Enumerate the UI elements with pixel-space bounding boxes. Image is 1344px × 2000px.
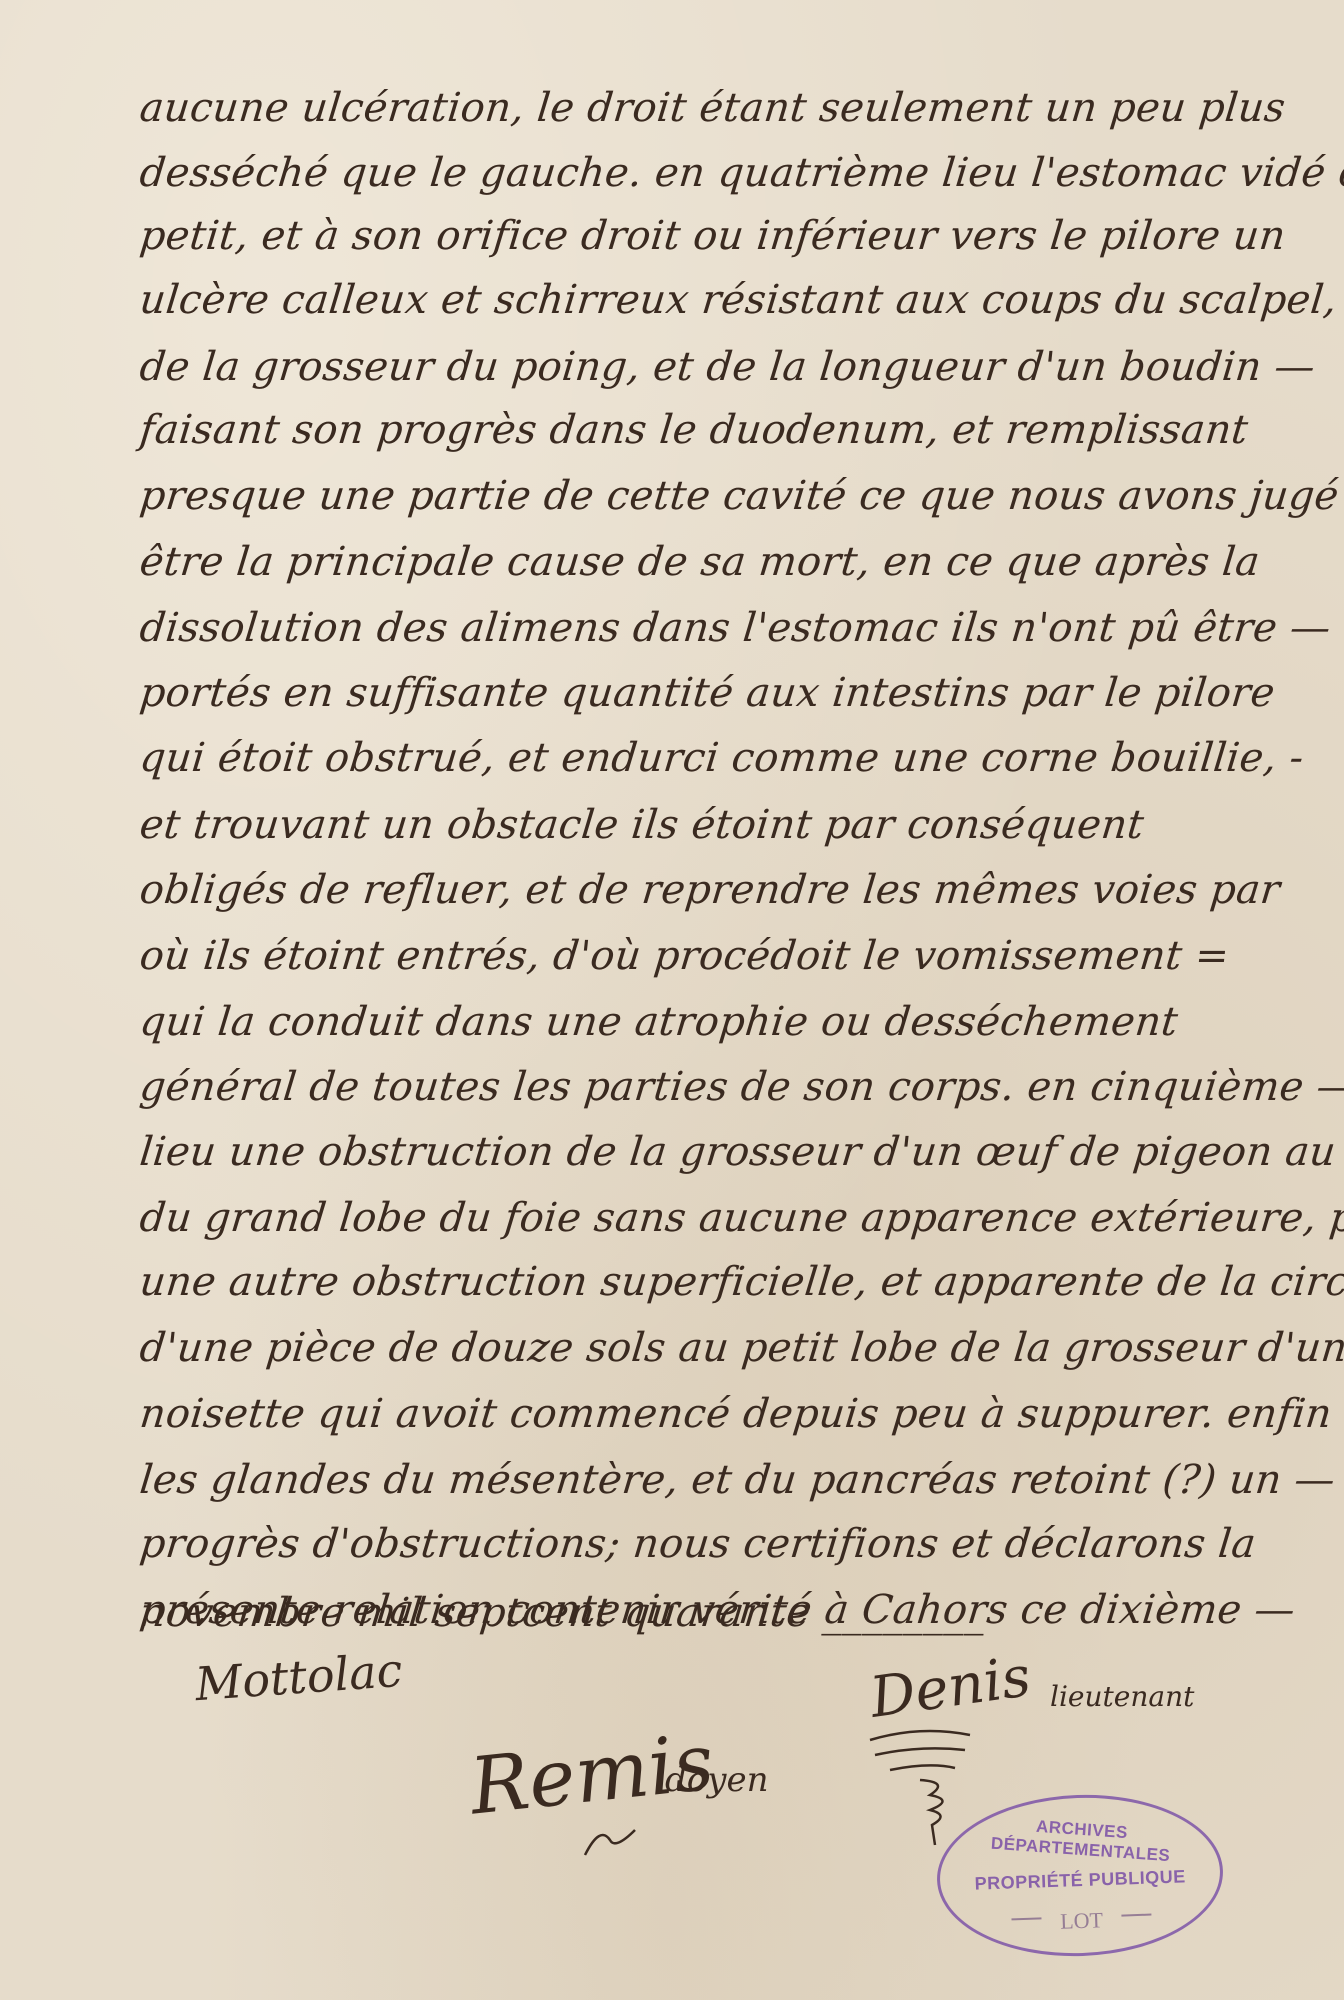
- archive-stamp: ARCHIVES DÉPARTEMENTALES PROPRIÉTÉ PUBLI…: [934, 1790, 1225, 1961]
- text-line: les glandes du mésentère, et du pancréas…: [137, 1450, 1223, 1510]
- stamp-line-3: LOT: [941, 1903, 1222, 1939]
- text-line: du grand lobe du foie sans aucune appare…: [137, 1188, 1223, 1248]
- text-line: général de toutes les parties de son cor…: [137, 1057, 1223, 1117]
- text-line: petit, et à son orifice droit ou inférie…: [137, 206, 1223, 266]
- text-line: progrès d'obstructions; nous certifions …: [137, 1514, 1223, 1574]
- signature-mottolac: Mottolac: [193, 1643, 404, 1711]
- text-line: dissolution des alimens dans l'estomac i…: [137, 598, 1223, 658]
- text-line: lieu une obstruction de la grosseur d'un…: [137, 1122, 1223, 1182]
- signature-denis: Denis: [866, 1644, 1034, 1731]
- stamp-line-1: ARCHIVES DÉPARTEMENTALES: [958, 1811, 1205, 1868]
- text-line: ulcère calleux et schirreux résistant au…: [137, 270, 1223, 330]
- stamp-line-2: PROPRIÉTÉ PUBLIQUE: [940, 1865, 1221, 1896]
- text-line: desséché que le gauche. en quatrième lie…: [137, 143, 1223, 203]
- text-line: obligés de refluer, et de reprendre les …: [137, 860, 1223, 920]
- text-line: noisette qui avoit commencé depuis peu à…: [137, 1384, 1223, 1444]
- manuscript-page: aucune ulcération, le droit étant seulem…: [0, 0, 1344, 2000]
- signature-denis-title: lieutenant: [1050, 1680, 1194, 1713]
- text-line: qui la conduit dans une atrophie ou dess…: [137, 992, 1223, 1052]
- paraph-flourish-icon: [580, 1820, 640, 1860]
- text-line: portés en suffisante quantité aux intest…: [137, 663, 1223, 723]
- text-line: aucune ulcération, le droit étant seulem…: [137, 78, 1223, 138]
- text-line: faisant son progrès dans le duodenum, et…: [137, 400, 1223, 460]
- text-line: une autre obstruction superficielle, et …: [137, 1252, 1223, 1312]
- text-line: où ils étoint entrés, d'où procédoit le …: [137, 926, 1223, 986]
- text-line: d'une pièce de douze sols au petit lobe …: [137, 1318, 1223, 1378]
- text-line: qui étoit obstrué, et endurci comme une …: [137, 728, 1223, 788]
- text-line-final: novembre mil septcent quarante ________: [137, 1583, 1223, 1643]
- text-line: presque une partie de cette cavité ce qu…: [137, 466, 1223, 526]
- text-line: et trouvant un obstacle ils étoint par c…: [137, 795, 1223, 855]
- signature-remis-title: doyen: [665, 1760, 768, 1800]
- text-line: de la grosseur du poing, et de la longue…: [137, 337, 1223, 397]
- text-line: être la principale cause de sa mort, en …: [137, 532, 1223, 592]
